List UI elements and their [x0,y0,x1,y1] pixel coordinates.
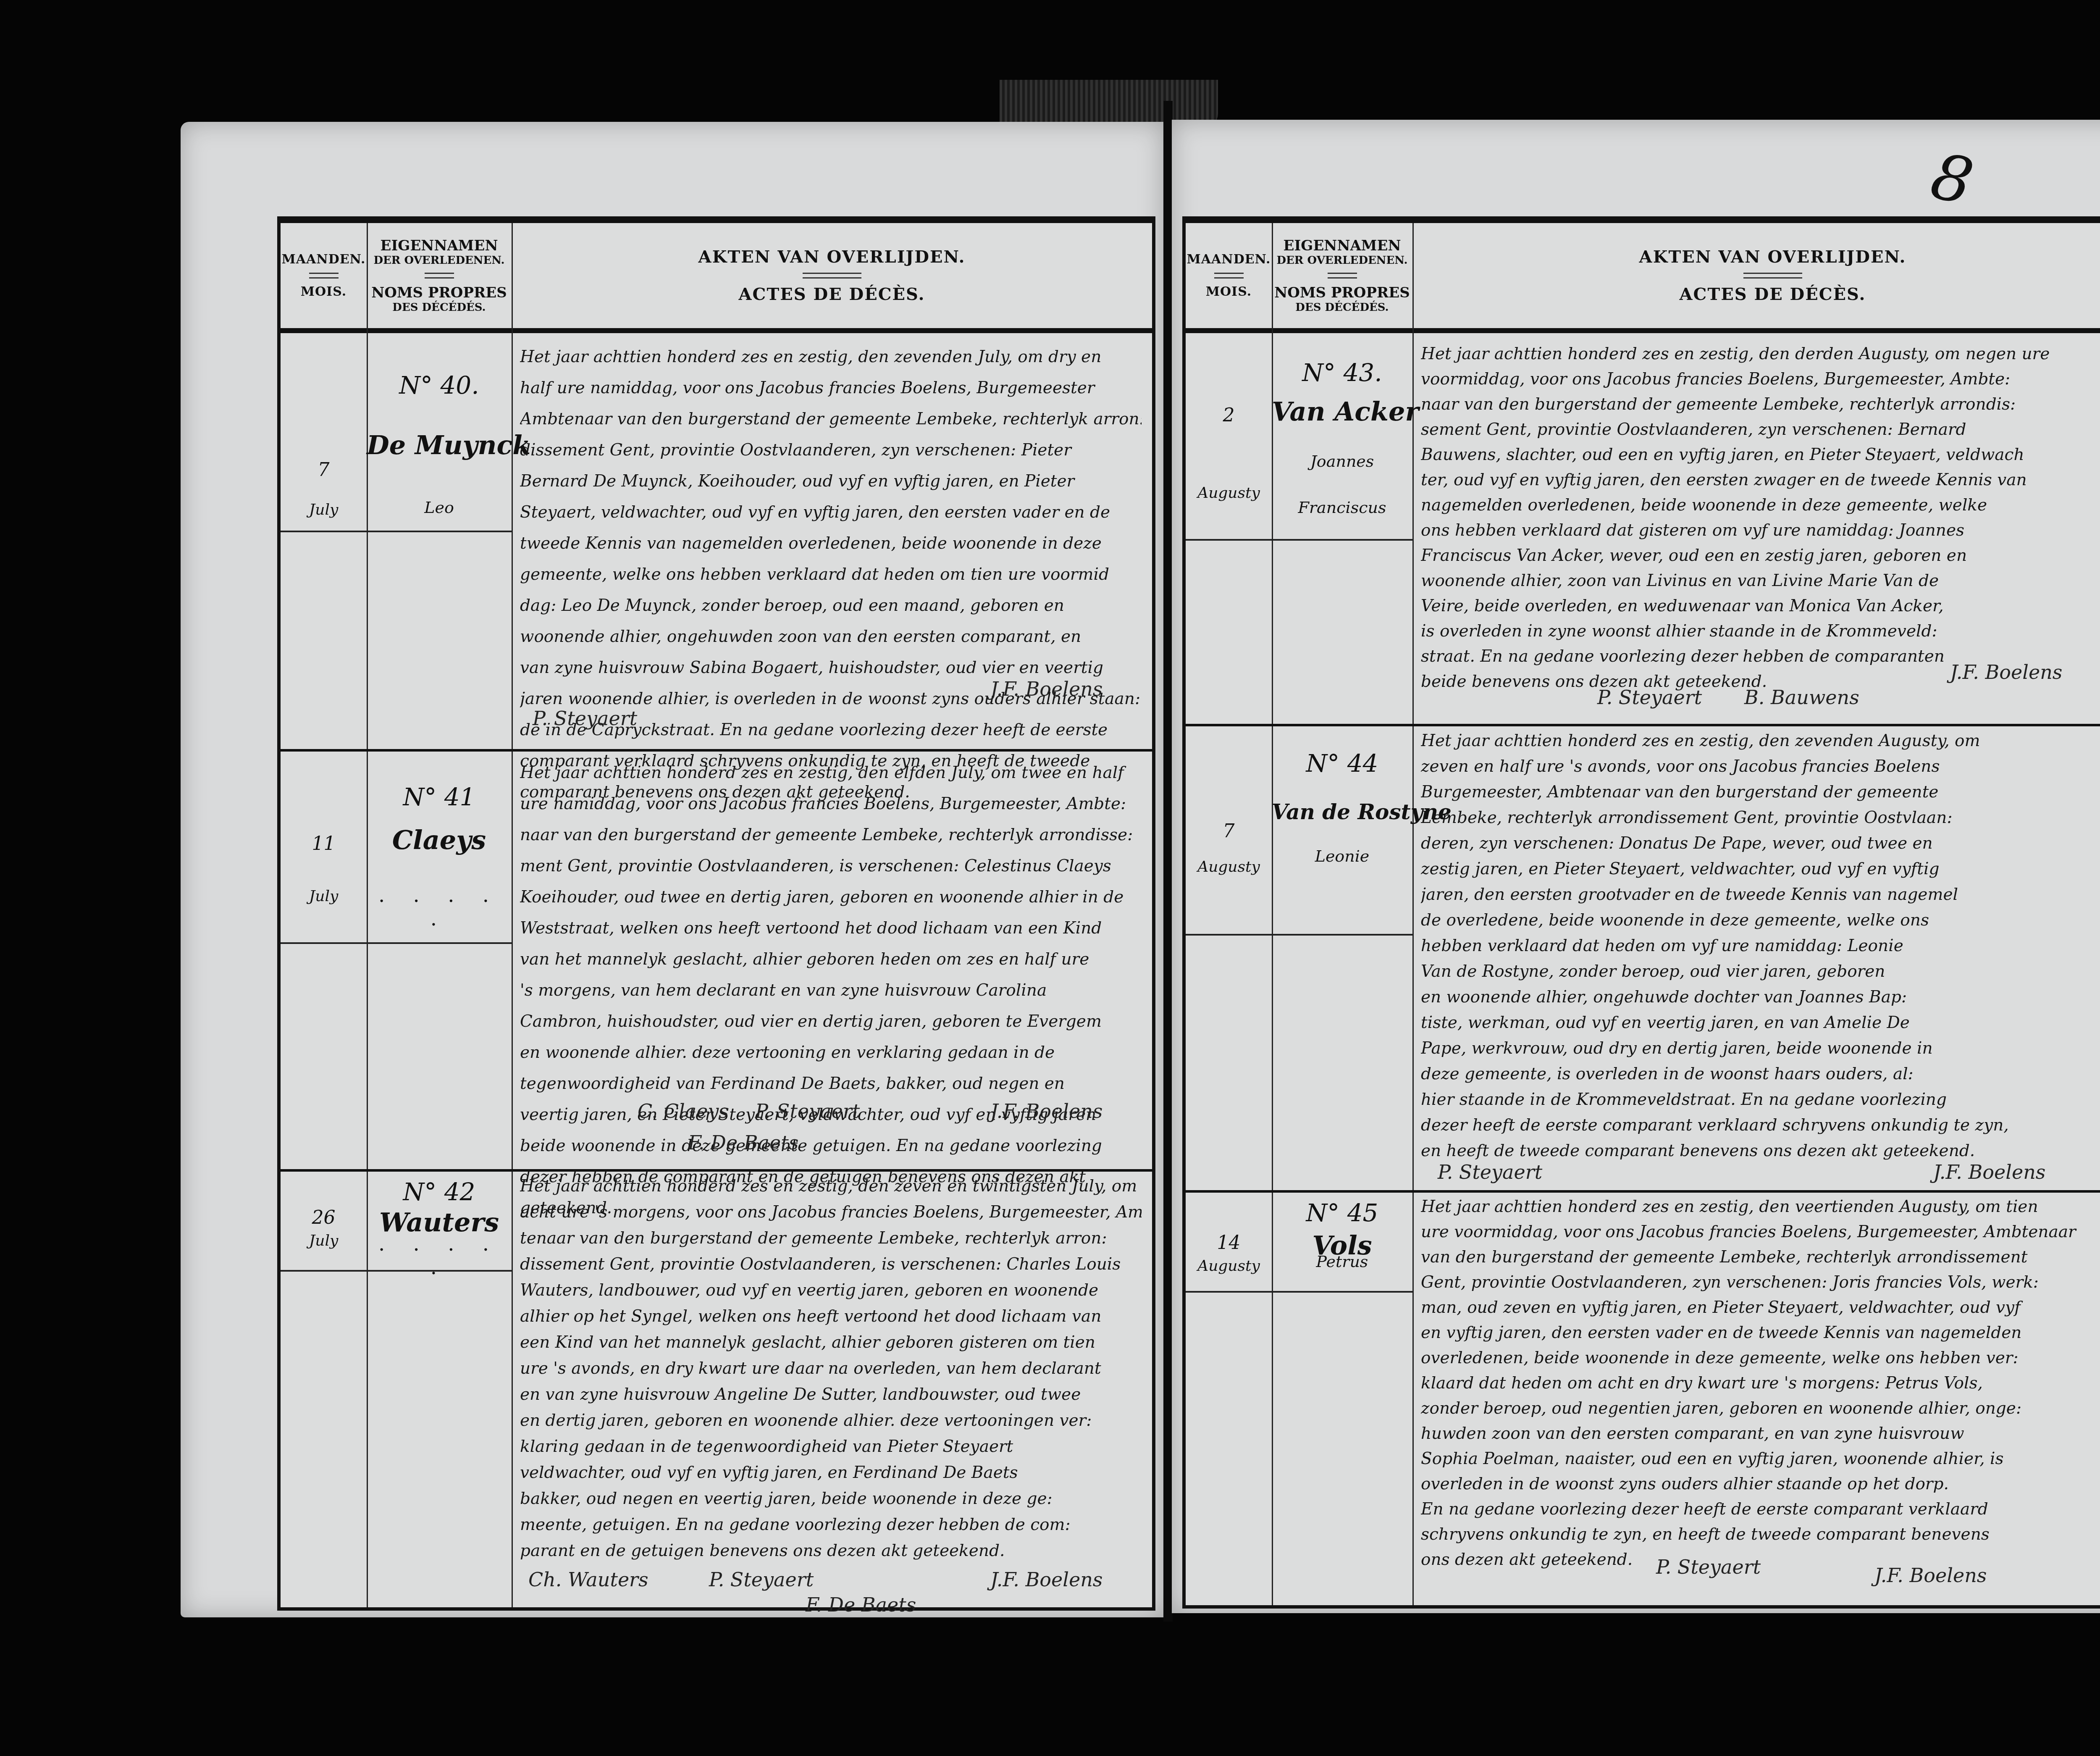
text-line: ure 's avonds, en dry kwart ure daar na … [520,1356,1142,1382]
text-line: en dertig jaren, geboren en woonende alh… [520,1408,1142,1434]
text-line: Weststraat, welken ons heeft vertoond he… [520,913,1142,944]
text-line: en woonende alhier, ongehuwde dochter va… [1421,984,2100,1010]
text-line: klaring gedaan in de tegenwoordigheid va… [520,1434,1142,1460]
entry-surname: De Muynck [367,430,512,460]
entry-given-name: Leo [367,472,512,543]
text-line: acht ure 's morgens, voor ons Jacobus fr… [520,1199,1142,1225]
text-line: zestig jaren, en Pieter Steyaert, veldwa… [1421,856,2100,882]
signature: C. Claeys [638,1100,729,1122]
entry-given-name: Petrus [1272,1226,1412,1297]
signature: J.F. Boelens [1950,661,2062,683]
entry-month: July [281,1232,367,1249]
text-line: half ure namiddag, voor ons Jacobus fran… [520,373,1142,404]
entry-text: Het jaar achttien honderd zes en zestig,… [1421,1194,2100,1572]
text-line: veldwachter, oud vyf en vyftig jaren, en… [520,1460,1142,1486]
text-line: zonder beroep, oud negentien jaren, gebo… [1421,1396,2100,1421]
entry-given-name: Franciscus [1272,472,1412,543]
text-line: tenaar van den burgerstand der gemeente … [520,1225,1142,1251]
header-acts-fr: ACTES DE DÉCÈS. [1680,284,1866,304]
text-line: ons hebben verklaard dat gisteren om vyf… [1421,518,2100,543]
text-line: schryvens onkundig te zyn, en heeft de t… [1421,1522,2100,1547]
text-line: Wauters, landbouwer, oud vyf en veertig … [520,1278,1142,1304]
entry-number: N° 40. [367,371,512,400]
text-line: tweede Kennis van nagemelden overledenen… [520,528,1142,559]
signature: B. Bauwens [1744,686,1859,709]
header-names-fr-2: DES DÉCÉDÉS. [1295,301,1389,314]
double-rule [425,273,454,279]
signature: J.F. Boelens [1874,1564,1987,1587]
row-subdivider [281,942,512,944]
entry-day: 7 [281,459,367,481]
entry-surname: Claeys [367,825,512,855]
double-rule [1328,273,1357,279]
text-line: ure voormiddag, voor ons Jacobus francie… [1421,1220,2100,1245]
text-line: sement Gent, provintie Oostvlaanderen, z… [1421,417,2100,442]
register-entry: 26 July N° 42 Wauters . . . . . Het jaar… [281,1169,1152,1606]
register-entry: 14 Augusty N° 45 Vols Petrus Het jaar ac… [1186,1190,2100,1606]
text-line: dezer heeft de eerste comparant verklaar… [1421,1112,2100,1138]
text-line: de overledene, beide woonende in deze ge… [1421,907,2100,933]
entry-month: July [281,888,367,905]
text-line: een Kind van het mannelyk geslacht, alhi… [520,1330,1142,1356]
double-rule [803,273,861,279]
text-line: en vyftig jaren, den eersten vader en de… [1421,1320,2100,1346]
header-month-nl: MAANDEN. [281,252,365,267]
text-line: ment Gent, provintie Oostvlaanderen, is … [520,851,1142,882]
header-month: MAANDEN. MOIS. [1186,223,1272,328]
entry-number: N° 45 [1272,1199,1412,1227]
text-line: Franciscus Van Acker, wever, oud een en … [1421,543,2100,568]
entry-dots: . . . . . [367,1232,512,1279]
signatures: P. Steyaert B. Bauwens J.F. Boelens [1421,686,2100,720]
text-line: bakker, oud negen en veertig jaren, beid… [520,1486,1142,1512]
header-acts-nl: AKTEN VAN OVERLIJDEN. [698,247,966,267]
signature: P. Steyaert [1656,1556,1761,1578]
book-spine [1163,101,1173,1622]
header-month-nl: MAANDEN. [1186,252,1270,267]
text-line: Cambron, huishoudster, oud vier en derti… [520,1006,1142,1037]
signature: P. Steyaert [1438,1161,1542,1183]
text-line: Gent, provintie Oostvlaanderen, zyn vers… [1421,1270,2100,1295]
signature: J.F. Boelens [990,1568,1102,1591]
header-acts: AKTEN VAN OVERLIJDEN. ACTES DE DÉCÈS. [512,223,1152,328]
text-line: naar van den burgerstand der gemeente Le… [520,820,1142,851]
signature: P. Steyaert [1597,686,1702,709]
register-entry: 7 July N° 40. De Muynck Leo Het jaar ach… [281,333,1152,752]
header-month-fr: MOIS. [1206,284,1252,299]
row-subdivider [1186,934,1412,936]
text-line: parant en de getuigen benevens ons dezen… [520,1538,1142,1564]
text-line: Bernard De Muynck, Koeihouder, oud vyf e… [520,466,1142,497]
text-line: overleden in de woonst zyns ouders alhie… [1421,1472,2100,1497]
header-month: MAANDEN. MOIS. [281,223,367,328]
text-line: Het jaar achttien honderd zes en zestig,… [520,1173,1142,1199]
text-line: van den burgerstand der gemeente Lembeke… [1421,1245,2100,1270]
entry-day: 2 [1186,405,1272,426]
text-line: Lembeke, rechterlyk arrondissement Gent,… [1421,805,2100,831]
entry-day: 26 [281,1207,367,1228]
text-line: woonende alhier, ongehuwden zoon van den… [520,621,1142,652]
signature: F. De Baets [806,1593,916,1616]
double-rule [1743,273,1802,279]
entry-number: N° 44 [1272,749,1412,778]
signature: P. Steyaert [709,1568,814,1591]
table-header: MAANDEN. MOIS. EIGENNAMEN DER OVERLEDENE… [1186,223,2100,333]
entry-day: 7 [1186,820,1272,842]
text-line: Pape, werkvrouw, oud dry en dertig jaren… [1421,1036,2100,1061]
signature: P. Steyaert [755,1100,860,1122]
table-header: MAANDEN. MOIS. EIGENNAMEN DER OVERLEDENE… [281,223,1152,333]
header-acts-nl: AKTEN VAN OVERLIJDEN. [1639,247,1906,267]
register-table-right: MAANDEN. MOIS. EIGENNAMEN DER OVERLEDENE… [1182,216,2100,1609]
text-line: tegenwoordigheid van Ferdinand De Baets,… [520,1068,1142,1099]
text-line: ter, oud vyf en vyftig jaren, den eerste… [1421,468,2100,493]
register-entry: 2 Augusty N° 43. Van Acker Joannes Franc… [1186,333,2100,726]
text-line: hier staande in de Krommeveldstraat. En … [1421,1087,2100,1112]
text-line: Burgemeester, Ambtenaar van den burgerst… [1421,779,2100,805]
signatures: P. Steyaert J.F. Boelens [1421,1161,2100,1186]
entry-number: N° 42 [367,1178,512,1206]
entry-text: Het jaar achttien honderd zes en zestig,… [1421,342,2100,694]
entry-month: Augusty [1186,858,1272,875]
header-names-fr-1: NOMS PROPRES [371,284,507,301]
text-line: dissement Gent, provintie Oostvlaanderen… [520,1251,1142,1278]
text-line: Koeihouder, oud twee en dertig jaren, ge… [520,882,1142,913]
left-page: MAANDEN. MOIS. EIGENNAMEN DER OVERLEDENE… [181,122,1163,1617]
entry-text: Het jaar achttien honderd zes en zestig,… [1421,728,2100,1164]
text-line: woonende alhier, zoon van Livinus en van… [1421,568,2100,594]
signatures: P. Steyaert J.F. Boelens [520,703,1142,745]
text-line: en woonende alhier. deze vertooning en v… [520,1037,1142,1068]
signature: J.F. Boelens [990,1100,1102,1122]
right-page: MAANDEN. MOIS. EIGENNAMEN DER OVERLEDENE… [1172,120,2100,1613]
text-line: tiste, werkman, oud vyf en veertig jaren… [1421,1010,2100,1036]
text-line: Het jaar achttien honderd zes en zestig,… [520,342,1142,373]
text-line: nagemelden overledenen, beide woonende i… [1421,493,2100,518]
text-line: en heeft de tweede comparant benevens on… [1421,1138,2100,1164]
text-line: voormiddag, voor ons Jacobus francies Bo… [1421,367,2100,392]
text-line: overledenen, beide woonende in deze geme… [1421,1346,2100,1371]
entry-dots: . . . . . [367,883,512,931]
text-line: gemeente, welke ons hebben verklaard dat… [520,559,1142,590]
signature: F. De Baets [688,1131,798,1154]
text-line: deren, zyn verschenen: Donatus De Pape, … [1421,831,2100,856]
text-line: Het jaar achttien honderd zes en zestig,… [520,757,1142,789]
signatures: P. Steyaert J.F. Boelens [1421,1556,2100,1589]
text-line: dag: Leo De Muynck, zonder beroep, oud e… [520,590,1142,621]
entry-month: July [281,501,367,518]
entry-text: Het jaar achttien honderd zes en zestig,… [520,1173,1142,1564]
text-line: Van de Rostyne, zonder beroep, oud vier … [1421,959,2100,984]
text-line: Steyaert, veldwachter, oud vyf en vyftig… [520,497,1142,528]
text-line: Het jaar achttien honderd zes en zestig,… [1421,1194,2100,1220]
text-line: 's morgens, van hem declarant en van zyn… [520,975,1142,1006]
entry-day: 11 [281,833,367,854]
text-line: zeven en half ure 's avonds, voor ons Ja… [1421,754,2100,779]
header-acts-fr: ACTES DE DÉCÈS. [739,284,925,304]
text-line: deze gemeente, is overleden in de woonst… [1421,1061,2100,1087]
text-line: Ambtenaar van den burgerstand der gemeen… [520,404,1142,435]
header-names-nl-1: EIGENNAMEN [381,237,498,254]
signature: J.F. Boelens [990,678,1102,700]
text-line: meente, getuigen. En na gedane voorlezin… [520,1512,1142,1538]
text-line: dissement Gent, provintie Oostvlaanderen… [520,435,1142,466]
entry-surname: Van Acker [1272,396,1412,427]
header-names-fr-1: NOMS PROPRES [1274,284,1410,301]
register-entry: 11 July N° 41 Claeys . . . . . Het jaar … [281,749,1152,1172]
text-line: van het mannelyk geslacht, alhier gebore… [520,944,1142,975]
text-line: klaard dat heden om acht en dry kwart ur… [1421,1371,2100,1396]
header-month-fr: MOIS. [301,284,346,299]
header-names-nl-1: EIGENNAMEN [1284,237,1401,254]
entry-month: Augusty [1186,1257,1272,1275]
entry-number: N° 43. [1272,358,1412,387]
text-line: hebben verklaard dat heden om vyf ure na… [1421,933,2100,959]
signatures: C. Claeys P. Steyaert F. De Baets J.F. B… [520,1123,1142,1165]
signature: J.F. Boelens [1933,1161,2045,1183]
text-line: Het jaar achttien honderd zes en zestig,… [1421,342,2100,367]
text-line: Bauwens, slachter, oud een en vyftig jar… [1421,442,2100,468]
double-rule [1214,273,1244,279]
text-line: en van zyne huisvrouw Angeline De Sutter… [520,1382,1142,1408]
text-line: huwden zoon van den eersten comparant, e… [1421,1421,2100,1446]
entry-number: N° 41 [367,783,512,811]
header-names-nl-2: DER OVERLEDENEN. [373,254,504,267]
text-line: ure namiddag, voor ons Jacobus francies … [520,789,1142,820]
signature: P. Steyaert [533,707,637,730]
signatures: Ch. Wauters P. Steyaert F. De Baets J.F.… [520,1568,1142,1610]
entry-month: Augusty [1186,484,1272,502]
header-names: EIGENNAMEN DER OVERLEDENEN. NOMS PROPRES… [367,223,512,328]
register-table-left: MAANDEN. MOIS. EIGENNAMEN DER OVERLEDENE… [277,216,1155,1611]
register-entry: 7 Augusty N° 44 Van de Rostyne Leonie He… [1186,724,2100,1193]
text-line: En na gedane voorlezing dezer heeft de e… [1421,1497,2100,1522]
text-line: Veire, beide overleden, en weduwenaar va… [1421,594,2100,619]
signature: Ch. Wauters [528,1568,648,1591]
double-rule [309,273,339,279]
text-line: is overleden in zyne woonst alhier staan… [1421,619,2100,644]
header-names-fr-2: DES DÉCÉDÉS. [392,301,486,314]
header-names-nl-2: DER OVERLEDENEN. [1276,254,1407,267]
text-line: man, oud zeven en vyftig jaren, en Piete… [1421,1295,2100,1320]
text-line: alhier op het Syngel, welken ons heeft v… [520,1304,1142,1330]
entry-given-name: Leonie [1272,820,1412,892]
text-line: naar van den burgerstand der gemeente Le… [1421,392,2100,417]
text-line: Sophia Poelman, naaister, oud een en vyf… [1421,1446,2100,1472]
header-acts: AKTEN VAN OVERLIJDEN. ACTES DE DÉCÈS. [1412,223,2100,328]
header-names: EIGENNAMEN DER OVERLEDENEN. NOMS PROPRES… [1272,223,1412,328]
entry-day: 14 [1186,1232,1272,1254]
text-line: jaren, den eersten grootvader en de twee… [1421,882,2100,907]
text-line: Het jaar achttien honderd zes en zestig,… [1421,728,2100,754]
